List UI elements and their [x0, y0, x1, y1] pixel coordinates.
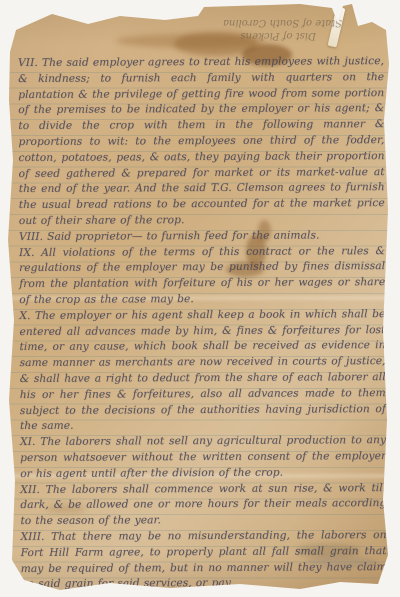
- faint-pencil-smudge: [306, 556, 376, 568]
- contract-clause-ix: IX. All violations of the terms of this …: [19, 244, 385, 309]
- inverted-header-note: Dist of Pickens State of South Carolina: [154, 16, 342, 42]
- contract-clause-xii: XII. The laborers shall commence work at…: [20, 481, 386, 530]
- inverted-note-line: State of South Carolina: [154, 16, 342, 29]
- inverted-note-line: Dist of Pickens: [154, 29, 342, 42]
- contract-clause-viii: VIII. Said proprietor— to furnish feed f…: [19, 228, 385, 246]
- contract-clause-vii: VII. The said employer agrees to treat h…: [18, 54, 385, 230]
- manuscript-page: Dist of Pickens State of South Carolina …: [6, 4, 392, 593]
- contract-clause-x: X. The employer or his agent shall keep …: [19, 307, 386, 435]
- scanned-manuscript: Dist of Pickens State of South Carolina …: [0, 0, 400, 597]
- contract-clause-xi: XI. The laborers shall not sell any agri…: [20, 433, 386, 482]
- contract-text: VII. The said employer agrees to treat h…: [18, 54, 387, 593]
